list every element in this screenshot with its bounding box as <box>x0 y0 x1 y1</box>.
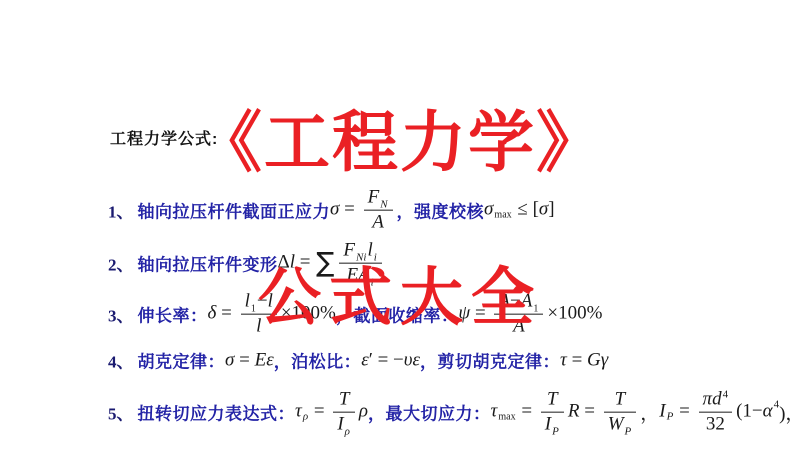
fraction-numerator: T <box>333 389 355 413</box>
math-operator: )， <box>779 399 800 426</box>
label-text: ，强度校核 <box>397 198 485 223</box>
overlay-title-line2: 公式大全 <box>0 262 800 334</box>
math-subscript: P <box>552 426 559 439</box>
overlay-title-line1: 《工程力学》 <box>0 105 800 181</box>
math-superscript: 4 <box>774 399 780 411</box>
math-symbol: τ <box>295 401 302 423</box>
math-symbol: πd <box>703 389 722 411</box>
fraction: πd432 <box>699 389 733 436</box>
math-subscript: N <box>380 199 387 212</box>
math-symbol: Gγ <box>587 349 608 371</box>
math-symbol: l <box>367 240 372 262</box>
fraction-numerator: T <box>541 389 564 413</box>
math-operator: = <box>567 349 587 371</box>
label-text: 胡克定律： <box>138 348 226 373</box>
fraction-denominator: Iρ <box>333 413 355 436</box>
math-subscript: max <box>494 210 511 221</box>
math-symbol: σ <box>225 349 234 371</box>
fraction: TIP <box>541 389 564 436</box>
math-operator: = <box>674 401 694 423</box>
formula-row-1: 1、轴向拉压杆件截面正应力σ = FNA，强度校核σmax ≤ [σ] <box>108 187 555 234</box>
math-symbol: F <box>368 187 380 209</box>
fraction-denominator: A <box>364 211 393 234</box>
math-symbol: σ <box>330 199 339 221</box>
math-symbol: τ <box>560 349 567 371</box>
slide-page: 工程力学公式: 1、轴向拉压杆件截面正应力σ = FNA，强度校核σmax ≤ … <box>0 0 800 449</box>
label-text: 扭转切应力表达式： <box>138 400 296 425</box>
fraction-numerator: T <box>604 389 637 413</box>
math-operator: = <box>517 401 537 423</box>
math-symbol: F <box>343 240 355 262</box>
math-symbol: I <box>545 414 551 436</box>
math-operator: ， <box>640 399 659 426</box>
math-symbol: υε <box>404 349 420 371</box>
math-symbol: T <box>339 389 350 411</box>
math-superscript: 4 <box>723 389 729 402</box>
math-subscript: ρ <box>345 426 350 439</box>
fraction-denominator: IP <box>541 413 564 436</box>
label-text: ，最大切应力： <box>368 400 491 425</box>
math-symbol: σ <box>539 199 548 221</box>
math-symbol: Eε <box>255 349 274 371</box>
fraction-denominator: WP <box>604 413 637 436</box>
math-symbol: τ <box>491 401 498 423</box>
formula-row-5: 5、扭转切应力表达式：τρ = TIρρ，最大切应力：τmax = TIPR =… <box>108 389 800 436</box>
math-symbol: ε <box>361 349 369 371</box>
math-operator: ′ = − <box>369 349 404 371</box>
formula-row-4: 4、胡克定律：σ = Eε，泊松比：ε′ = −υε，剪切胡克定律：τ = Gγ <box>108 348 608 373</box>
math-operator: 32 <box>706 414 725 436</box>
math-operator: = <box>234 349 254 371</box>
fraction-numerator: πd4 <box>699 389 733 413</box>
math-symbol: A <box>372 212 384 234</box>
math-symbol: W <box>608 414 624 436</box>
math-symbol: T <box>547 389 558 411</box>
math-symbol: T <box>615 389 626 411</box>
math-operator: ≤ [ <box>513 199 539 221</box>
math-operator: = <box>309 401 329 423</box>
fraction-numerator: FN <box>364 187 393 211</box>
math-operator: (1− <box>736 401 763 423</box>
label-text: 轴向拉压杆件截面正应力 <box>138 198 331 223</box>
math-operator: = <box>339 199 359 221</box>
math-subscript: P <box>667 411 674 423</box>
label-text: ，剪切胡克定律： <box>420 348 560 373</box>
math-symbol: I <box>337 414 343 436</box>
math-subscript: P <box>625 426 632 439</box>
math-subscript: ρ <box>303 411 308 423</box>
fraction: TWP <box>604 389 637 436</box>
item-number: 4、 <box>108 348 134 373</box>
math-operator: ] <box>548 199 554 221</box>
item-number: 5、 <box>108 400 134 425</box>
math-symbol: R <box>568 401 580 423</box>
fraction-denominator: 32 <box>699 413 733 436</box>
fraction-numerator: FNili <box>339 240 381 264</box>
math-symbol: ρ <box>359 401 368 423</box>
math-symbol: σ <box>484 199 493 221</box>
item-number: 1、 <box>108 198 134 223</box>
math-operator: = <box>579 401 599 423</box>
math-symbol: I <box>659 401 665 423</box>
math-subscript: max <box>498 412 515 423</box>
math-symbol: α <box>763 401 773 423</box>
fraction: FNA <box>364 187 393 234</box>
label-text: ，泊松比： <box>274 348 362 373</box>
fraction: TIρ <box>333 389 355 436</box>
